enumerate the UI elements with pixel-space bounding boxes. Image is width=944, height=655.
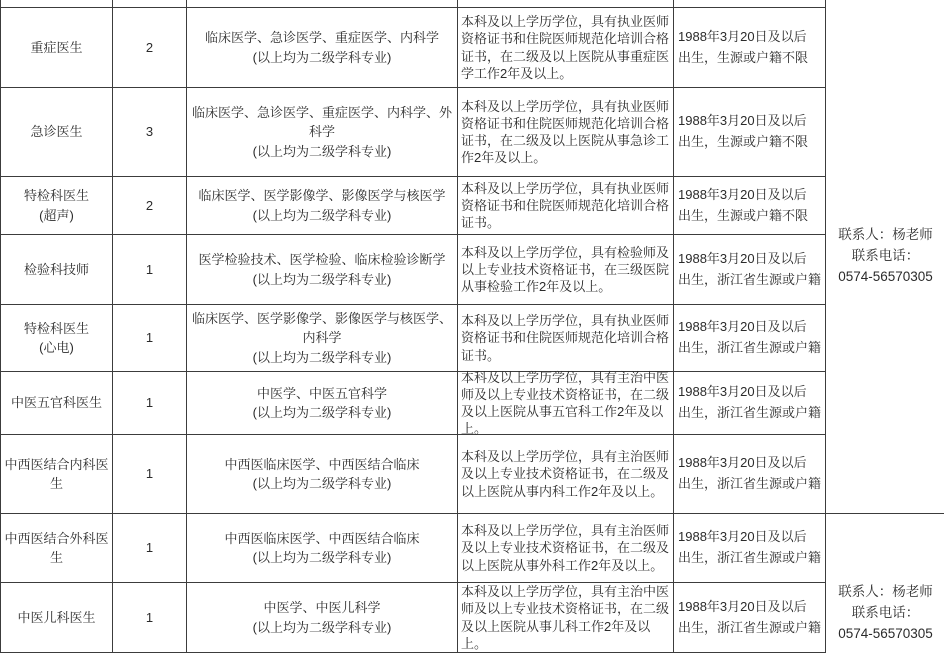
contact-cell-lower: 联系人：杨老师 联系电话： 0574-56570305 (826, 514, 944, 653)
birth-requirement-cell: 1988年3月20日及以后 出生，浙江省生源或户籍 (674, 305, 826, 372)
position-cell: 中医儿科医生 (1, 583, 113, 653)
birth-requirement-cell: 1988年3月20日及以后 出生，生源或户籍不限 (674, 177, 826, 235)
requirements-cell: 本科及以上学历学位，具有主治中医师及以上专业技术资格证书，在二级及以上医院从事儿… (458, 583, 674, 653)
majors-cell: 临床医学、医学影像学、影像医学与核医学、内科学 (以上均为二级学科专业) (187, 305, 458, 372)
count-cell: 3 (113, 88, 187, 177)
empty-cell (458, 0, 674, 8)
contact-cell-upper: 联系人：杨老师 联系电话： 0574-56570305 (826, 0, 944, 514)
majors-cell: 中西医临床医学、中西医结合临床 (以上均为二级学科专业) (187, 514, 458, 583)
birth-requirement-cell: 1988年3月20日及以后 出生，浙江省生源或户籍 (674, 235, 826, 305)
recruitment-table-page: 联系人：杨老师 联系电话： 0574-56570305 重症医生 2 临床医学、… (0, 0, 944, 655)
requirements-cell: 本科及以上学历学位，具有主治中医师及以上专业技术资格证书，在二级及以上医院从事五… (458, 372, 674, 435)
position-cell: 中西医结合内科医生 (1, 435, 113, 514)
birth-requirement-cell: 1988年3月20日及以后 出生，浙江省生源或户籍 (674, 372, 826, 435)
majors-cell: 中西医临床医学、中西医结合临床 (以上均为二级学科专业) (187, 435, 458, 514)
requirements-cell: 本科及以上学历学位，具有执业医师资格证书和住院医师规范化培训合格证书，在二级及以… (458, 88, 674, 177)
count-cell: 1 (113, 514, 187, 583)
contact-person: 联系人：杨老师 (838, 225, 933, 246)
count-cell: 1 (113, 435, 187, 514)
requirements-cell: 本科及以上学历学位，具有执业医师资格证书和住院医师规范化培训合格证书。 (458, 305, 674, 372)
birth-requirement-cell: 1988年3月20日及以后 出生，生源或户籍不限 (674, 8, 826, 88)
birth-requirement-cell: 1988年3月20日及以后 出生，浙江省生源或户籍 (674, 583, 826, 653)
majors-cell: 临床医学、急诊医学、重症医学、内科学 (以上均为二级学科专业) (187, 8, 458, 88)
majors-cell: 中医学、中医儿科学 (以上均为二级学科专业) (187, 583, 458, 653)
job-table: 联系人：杨老师 联系电话： 0574-56570305 重症医生 2 临床医学、… (0, 0, 944, 653)
count-cell: 1 (113, 583, 187, 653)
position-cell: 特检科医生 (超声) (1, 177, 113, 235)
requirements-cell: 本科及以上学历学位，具有执业医师资格证书和住院医师规范化培训合格证书。 (458, 177, 674, 235)
position-cell: 急诊医生 (1, 88, 113, 177)
position-cell: 重症医生 (1, 8, 113, 88)
contact-phone-number: 0574-56570305 (838, 624, 933, 645)
birth-requirement-cell: 1988年3月20日及以后 出生，浙江省生源或户籍 (674, 435, 826, 514)
count-cell: 1 (113, 372, 187, 435)
birth-requirement-cell: 1988年3月20日及以后 出生，浙江省生源或户籍 (674, 514, 826, 583)
count-cell: 2 (113, 177, 187, 235)
empty-cell (1, 0, 113, 8)
birth-requirement-cell: 1988年3月20日及以后 出生，生源或户籍不限 (674, 88, 826, 177)
empty-cell (674, 0, 826, 8)
majors-cell: 临床医学、医学影像学、影像医学与核医学 (以上均为二级学科专业) (187, 177, 458, 235)
requirements-cell: 本科及以上学历学位，具有主治医师及以上专业技术资格证书，在二级及以上医院从事内科… (458, 435, 674, 514)
position-cell: 检验科技师 (1, 235, 113, 305)
count-cell: 1 (113, 235, 187, 305)
empty-cell (113, 0, 187, 8)
position-cell: 中医五官科医生 (1, 372, 113, 435)
requirements-cell: 本科及以上学历学位，具有检验师及以上专业技术资格证书，在三级医院从事检验工作2年… (458, 235, 674, 305)
majors-cell: 中医学、中医五官科学 (以上均为二级学科专业) (187, 372, 458, 435)
contact-person: 联系人：杨老师 (838, 582, 933, 603)
contact-phone-number: 0574-56570305 (838, 267, 933, 288)
requirements-cell: 本科及以上学历学位，具有执业医师资格证书和住院医师规范化培训合格证书，在二级及以… (458, 8, 674, 88)
empty-cell (187, 0, 458, 8)
count-cell: 1 (113, 305, 187, 372)
position-cell: 中西医结合外科医生 (1, 514, 113, 583)
contact-phone-label: 联系电话： (852, 246, 920, 267)
requirements-cell: 本科及以上学历学位，具有主治医师及以上专业技术资格证书，在二级及以上医院从事外科… (458, 514, 674, 583)
contact-phone-label: 联系电话： (852, 603, 920, 624)
position-cell: 特检科医生 (心电) (1, 305, 113, 372)
count-cell: 2 (113, 8, 187, 88)
majors-cell: 临床医学、急诊医学、重症医学、内科学、外科学 (以上均为二级学科专业) (187, 88, 458, 177)
majors-cell: 医学检验技术、医学检验、临床检验诊断学 (以上均为二级学科专业) (187, 235, 458, 305)
